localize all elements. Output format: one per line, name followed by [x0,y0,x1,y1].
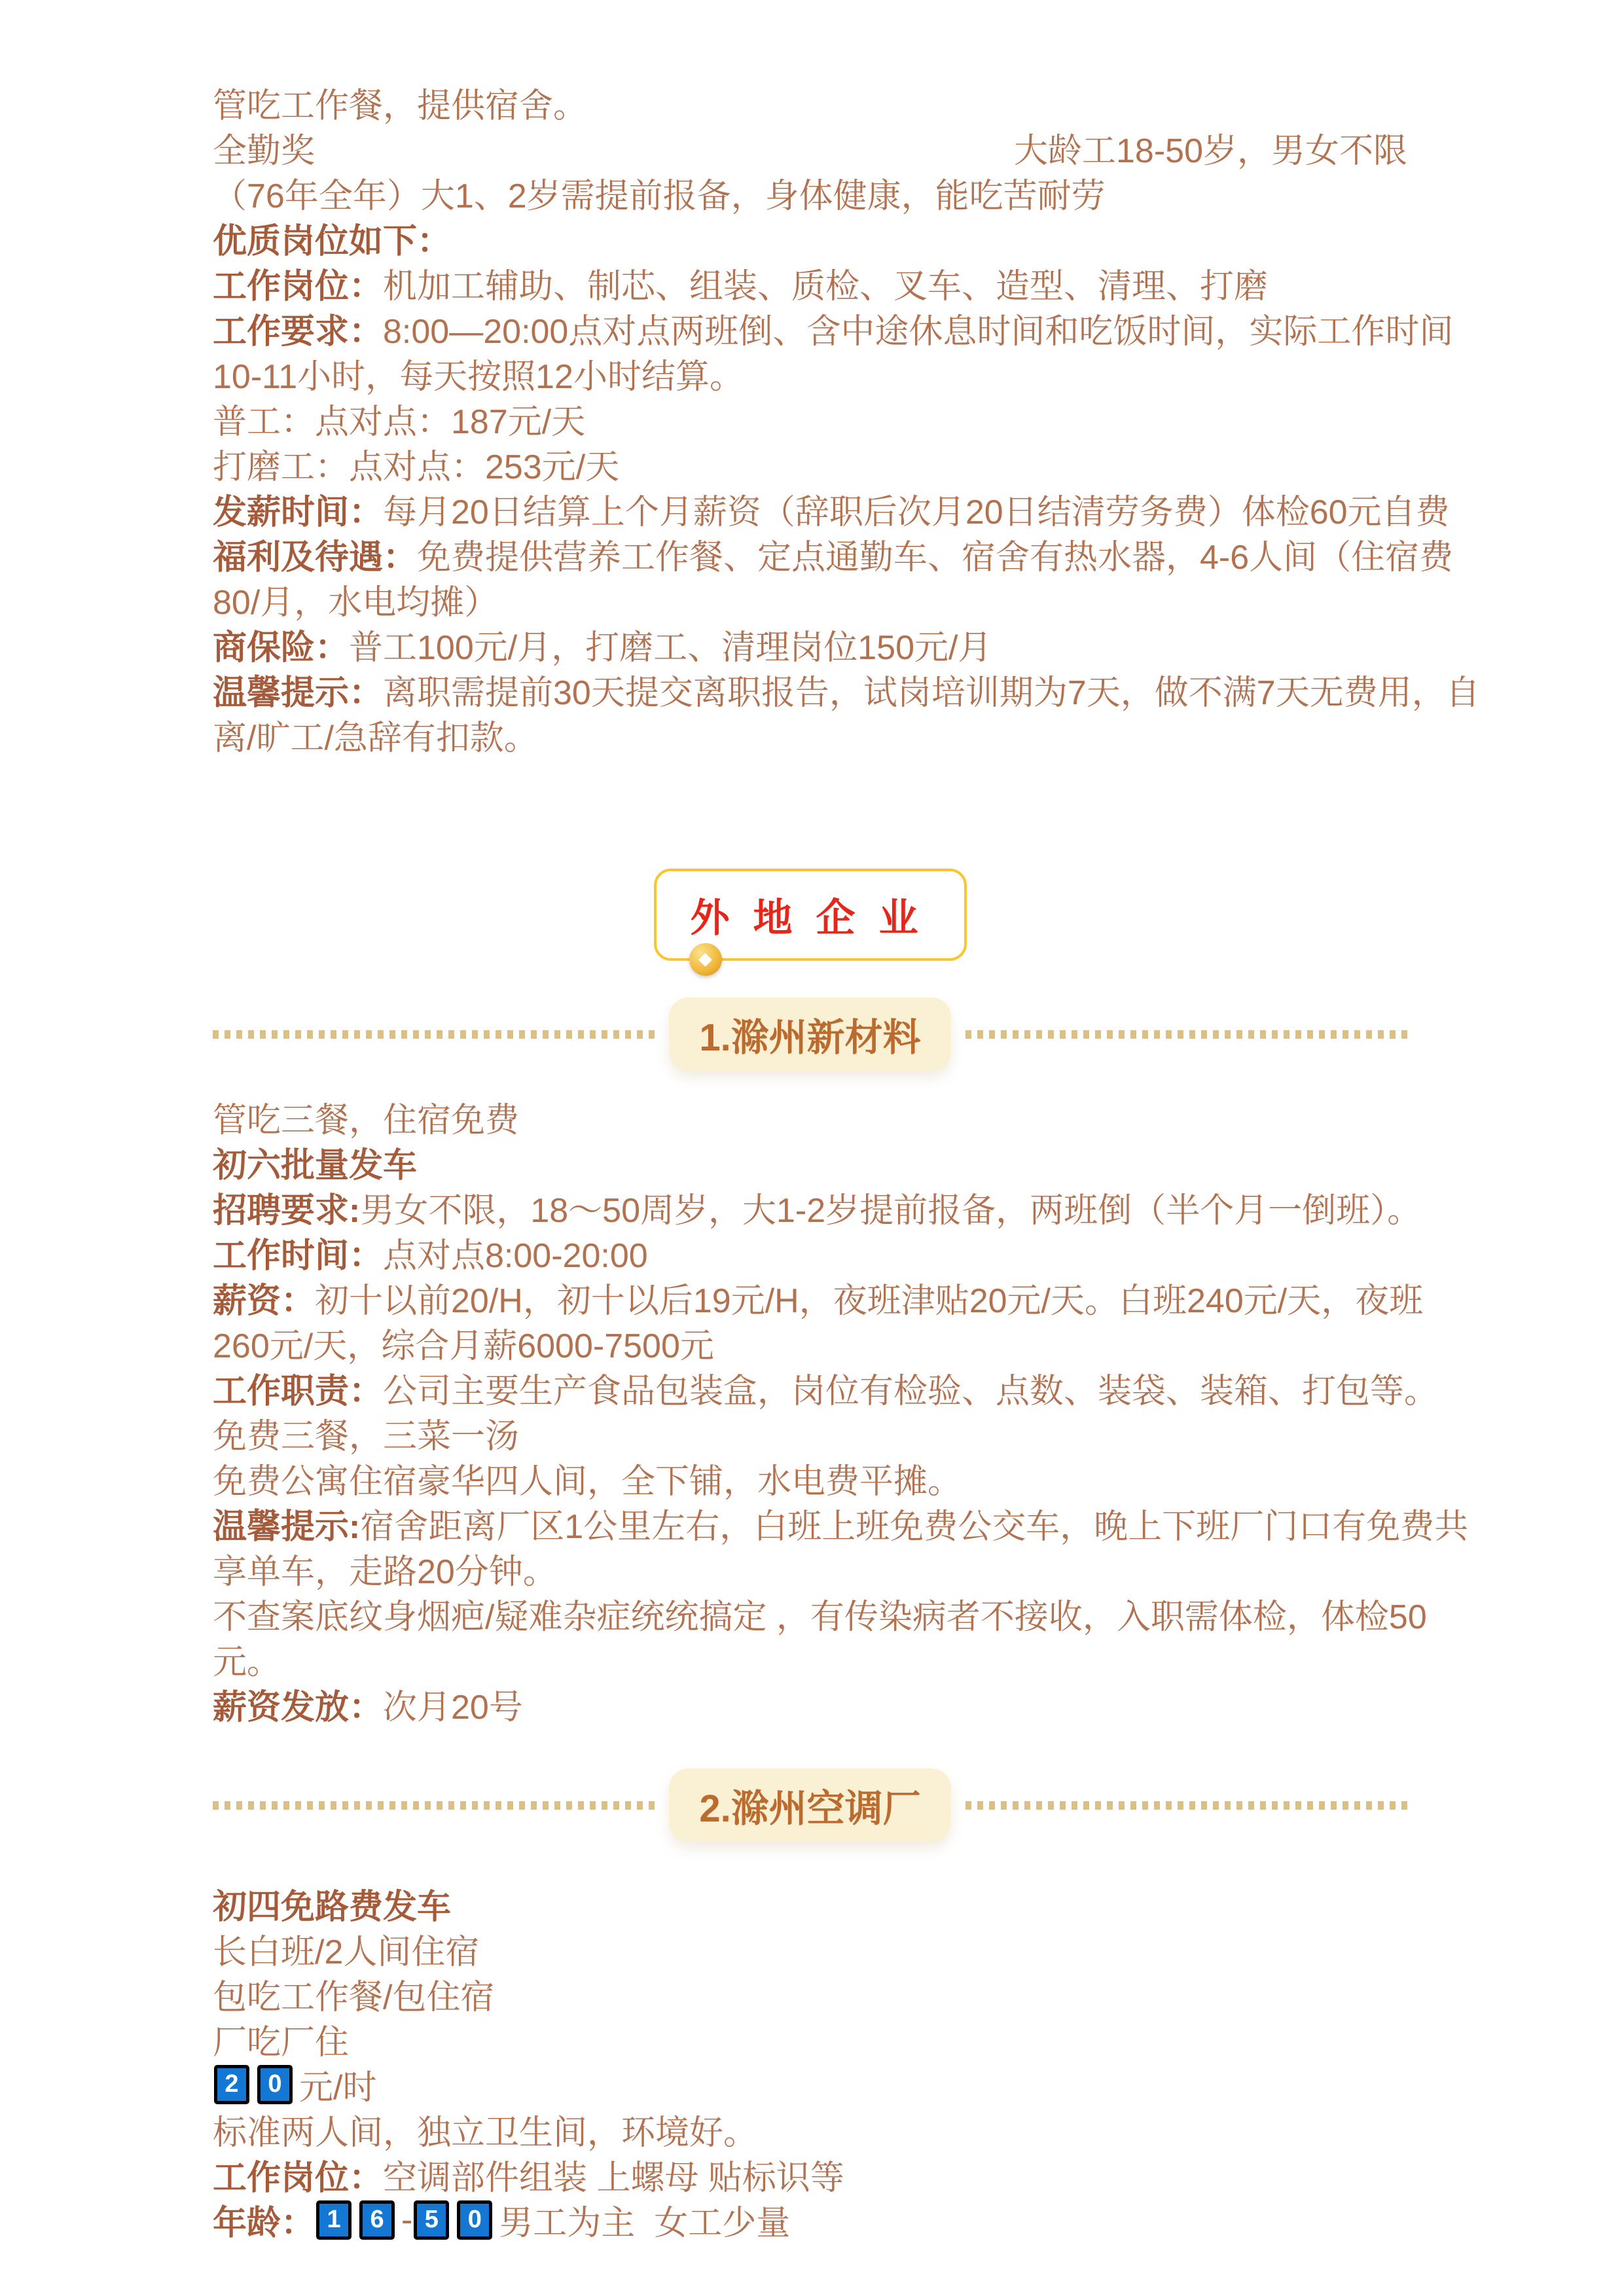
text-line: 包吃工作餐/包住宿 [213,1971,1407,2017]
digit-box: 6 [359,2200,395,2240]
digit-box: 5 [414,2200,449,2240]
text-segment: - [401,2200,412,2240]
text-segment: 8:00—20:00点对点两班倒、含中途休息时间和吃饭时间，实际工作时间 [383,304,1453,353]
text-line: 优质岗位如下： [213,215,1407,260]
bold-label: 温馨提示： [213,665,383,714]
recruitment-flyer-page: 管吃工作餐，提供宿舍。全勤奖大龄工18-50岁，男女不限（76年全年）大1、2岁… [0,0,1622,2296]
coin-icon [689,943,722,976]
company-sections: 1.滁州新材料管吃三餐，住宿免费初六批量发车招聘要求:男女不限，18～50周岁，… [213,997,1407,2242]
text-line: 80/月，水电均摊） [213,577,1407,622]
text-line: 20元/时 [213,2062,1407,2107]
section-title: 外地企业 [679,887,942,943]
bold-label: 薪资发放： [213,1679,383,1729]
text-segment: 宿舍距离厂区1公里左右，白班上班免费公交车，晚上下班厂门口有免费共 [360,1499,1468,1548]
bold-label: 福利及待遇： [213,529,417,579]
text-line: 商保险：普工100元/月，打磨工、清理岗位150元/月 [213,622,1407,667]
dotted-line [965,1030,1407,1039]
text-line: 元。 [213,1636,1407,1681]
text-segment: 260元/天，综合月薪6000-7500元 [213,1318,714,1367]
bold-label: 工作要求： [213,304,383,353]
text-segment: 公司主要生产食品包装盒，岗位有检验、点数、装袋、装箱、打包等。 [383,1363,1438,1412]
text-segment: 点对点8:00-20:00 [383,1228,648,1277]
text-segment: 男女不限，18～50周岁，大1-2岁提前报备，两班倒（半个月一倒班）。 [360,1183,1421,1232]
text-segment: 免费公寓住宿豪华四人间，全下铺，水电费平摊。 [213,1454,962,1503]
text-line: 工作时间：点对点8:00-20:00 [213,1230,1407,1275]
company-badge-row: 1.滁州新材料 [213,997,1407,1071]
text-line: 工作职责：公司主要生产食品包装盒，岗位有检验、点数、装袋、装箱、打包等。 [213,1365,1407,1410]
bold-label: 商保险： [213,620,349,669]
text-segment: 全勤奖 [213,123,315,172]
text-line: 管吃工作餐，提供宿舍。 [213,80,1407,125]
bold-label: 发薪时间： [213,484,383,533]
text-segment: 标准两人间，独立卫生间，环境好。 [213,2105,757,2154]
flyer-content: 管吃工作餐，提供宿舍。全勤奖大龄工18-50岁，男女不限（76年全年）大1、2岁… [213,80,1407,2242]
bold-label: 年龄： [213,2195,315,2244]
text-segment: 80/月，水电均摊） [213,575,498,624]
text-line: 福利及待遇：免费提供营养工作餐、定点通勤车、宿舍有热水器，4-6人间（住宿费 [213,531,1407,577]
text-segment: 不查案底纹身烟疤/疑难杂症统统搞定 ，有传染病者不接收，入职需体检，体检50 [213,1589,1427,1638]
text-segment: 打磨工：点对点：253元/天 [213,439,619,488]
text-line: 免费公寓住宿豪华四人间，全下铺，水电费平摊。 [213,1456,1407,1501]
text-segment: 享单车，走路20分钟。 [213,1544,557,1593]
line-right-group: 大龄工18-50岁，男女不限 [1014,123,1407,172]
text-segment: 普工：点对点：187元/天 [213,394,585,443]
bold-label: 初四免路费发车 [213,1879,451,1928]
text-line: （76年全年）大1、2岁需提前报备，身体健康，能吃苦耐劳 [213,170,1407,215]
text-line: 厂吃厂住 [213,2017,1407,2062]
text-segment: 10-11小时，每天按照12小时结算。 [213,349,744,398]
digit-box: 1 [316,2200,351,2240]
company-details: 初四免路费发车长白班/2人间住宿包吃工作餐/包住宿厂吃厂住20元/时标准两人间，… [213,1881,1407,2242]
text-segment: 厂吃厂住 [213,2015,349,2064]
text-line: 标准两人间，独立卫生间，环境好。 [213,2107,1407,2152]
text-line: 普工：点对点：187元/天 [213,396,1407,441]
text-segment: 空调部件组装 上螺母 贴标识等 [383,2150,844,2199]
section-header: 外地企业 [213,869,1407,961]
text-segment: 大龄工18-50岁，男女不限 [1014,123,1407,172]
text-segment: （76年全年）大1、2岁需提前报备，身体健康，能吃苦耐劳 [213,168,1106,217]
text-line: 不查案底纹身烟疤/疑难杂症统统搞定 ，有传染病者不接收，入职需体检，体检50 [213,1591,1407,1636]
dotted-line [213,1030,655,1039]
text-line: 全勤奖大龄工18-50岁，男女不限 [213,125,1407,170]
bold-label: 工作时间： [213,1228,383,1277]
intro-text-block: 管吃工作餐，提供宿舍。全勤奖大龄工18-50岁，男女不限（76年全年）大1、2岁… [213,80,1407,757]
bold-label: 工作岗位： [213,2150,383,2199]
text-line: 工作要求：8:00—20:00点对点两班倒、含中途休息时间和吃饭时间，实际工作时… [213,306,1407,351]
bold-label: 工作职责： [213,1363,383,1412]
company-badge-row: 2.滁州空调厂 [213,1768,1407,1842]
text-line: 初四免路费发车 [213,1881,1407,1926]
text-line: 温馨提示:宿舍距离厂区1公里左右，白班上班免费公交车，晚上下班厂门口有免费共 [213,1501,1407,1546]
text-segment: 包吃工作餐/包住宿 [213,1969,494,2018]
company-badge: 2.滁州空调厂 [669,1768,950,1842]
company-section: 1.滁州新材料管吃三餐，住宿免费初六批量发车招聘要求:男女不限，18～50周岁，… [213,997,1407,1727]
text-line: 温馨提示：离职需提前30天提交离职报告，试岗培训期为7天，做不满7天无费用，自 [213,667,1407,712]
line-left-group: 全勤奖 [213,123,315,172]
text-segment: 元/时 [299,2060,376,2109]
bold-label: 招聘要求: [213,1183,360,1232]
text-segment: 免费提供营养工作餐、定点通勤车、宿舍有热水器，4-6人间（住宿费 [417,529,1453,579]
company-section: 2.滁州空调厂初四免路费发车长白班/2人间住宿包吃工作餐/包住宿厂吃厂住20元/… [213,1768,1407,2242]
dotted-line [213,1801,655,1810]
text-segment: 离职需提前30天提交离职报告，试岗培训期为7天，做不满7天无费用，自 [383,665,1480,714]
text-line: 10-11小时，每天按照12小时结算。 [213,351,1407,396]
text-segment: 次月20号 [383,1679,523,1729]
text-line: 免费三餐，三菜一汤 [213,1410,1407,1456]
text-line: 招聘要求:男女不限，18～50周岁，大1-2岁提前报备，两班倒（半个月一倒班）。 [213,1185,1407,1230]
text-segment: 离/旷工/急辞有扣款。 [213,710,538,759]
dotted-line [965,1801,1407,1810]
text-line: 年龄：16-50男工为主 女工少量 [213,2197,1407,2242]
text-segment: 管吃三餐，住宿免费 [213,1092,519,1141]
coin-hole [698,952,712,966]
text-line: 工作岗位：机加工辅助、制芯、组装、质检、叉车、造型、清理、打磨 [213,260,1407,306]
text-segment: 初十以前20/H，初十以后19元/H，夜班津贴20元/天。白班240元/天，夜班 [315,1273,1423,1322]
text-segment: 机加工辅助、制芯、组装、质检、叉车、造型、清理、打磨 [383,259,1268,308]
text-line: 薪资：初十以前20/H，初十以后19元/H，夜班津贴20元/天。白班240元/天… [213,1275,1407,1320]
text-line: 薪资发放：次月20号 [213,1681,1407,1727]
digit-box: 2 [214,2065,249,2104]
text-line: 工作岗位：空调部件组装 上螺母 贴标识等 [213,2152,1407,2197]
bold-label: 工作岗位： [213,259,383,308]
bold-label: 温馨提示: [213,1499,360,1548]
company-details: 管吃三餐，住宿免费初六批量发车招聘要求:男女不限，18～50周岁，大1-2岁提前… [213,1094,1407,1727]
text-line: 260元/天，综合月薪6000-7500元 [213,1320,1407,1365]
text-segment: 男工为主 女工少量 [499,2195,790,2244]
company-badge: 1.滁州新材料 [669,997,950,1071]
text-line: 享单车，走路20分钟。 [213,1546,1407,1591]
text-segment: 普工100元/月，打磨工、清理岗位150元/月 [349,620,992,669]
text-segment: 每月20日结算上个月薪资（辞职后次月20日结清劳务费）体检60元自费 [383,484,1450,533]
text-line: 打磨工：点对点：253元/天 [213,441,1407,486]
text-segment: 免费三餐，三菜一汤 [213,1408,519,1458]
bold-label: 薪资： [213,1273,315,1322]
digit-box: 0 [457,2200,492,2240]
text-line: 离/旷工/急辞有扣款。 [213,712,1407,757]
text-line: 发薪时间：每月20日结算上个月薪资（辞职后次月20日结清劳务费）体检60元自费 [213,486,1407,531]
text-segment: 长白班/2人间住宿 [213,1924,479,1973]
bold-label: 优质岗位如下： [213,213,451,262]
text-segment: 管吃工作餐，提供宿舍。 [213,78,587,127]
text-line: 管吃三餐，住宿免费 [213,1094,1407,1139]
bold-label: 初六批量发车 [213,1138,417,1187]
out-of-town-companies-title-box: 外地企业 [654,869,967,961]
digit-box: 0 [257,2065,293,2104]
text-line: 长白班/2人间住宿 [213,1926,1407,1971]
text-line: 初六批量发车 [213,1139,1407,1185]
text-segment: 元。 [213,1634,281,1683]
